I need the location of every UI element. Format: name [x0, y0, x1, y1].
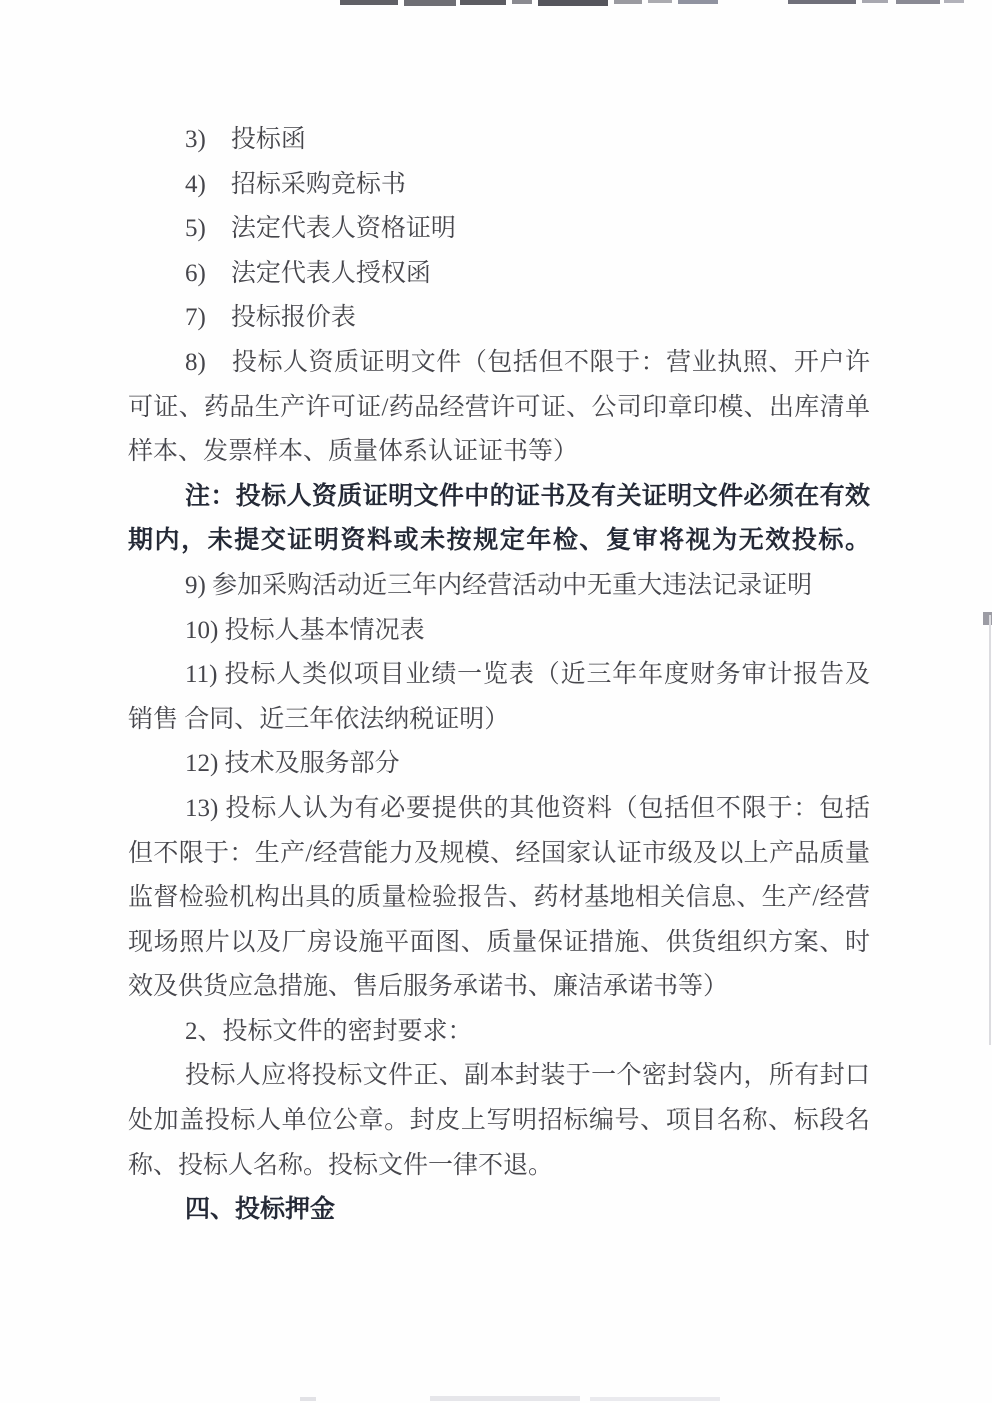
list-item-7: 7) 投标报价表 — [128, 296, 870, 341]
scan-artifact-top — [678, 0, 718, 4]
list-item-13: 13) 投标人认为有必要提供的其他资料（包括但不限于：包括 — [128, 787, 870, 832]
sealing-paragraph-line-3: 称、投标人名称。投标文件一律不退。 — [128, 1144, 870, 1189]
list-item-8-cont-1: 可证、药品生产许可证/药品经营许可证、公司印章印模、出库清单 — [128, 386, 870, 431]
list-item-8: 8) 投标人资质证明文件（包括但不限于：营业执照、开户许 — [128, 341, 870, 386]
sealing-paragraph-line-1: 投标人应将投标文件正、副本封装于一个密封袋内，所有封口 — [128, 1054, 870, 1099]
scan-artifact-top — [340, 0, 398, 5]
scan-artifact-top — [944, 0, 964, 3]
scan-artifact-bottom — [430, 1396, 580, 1401]
scan-artifact-bottom — [590, 1397, 720, 1401]
scan-artifact-right-edge-line — [989, 615, 991, 1045]
sealing-requirement-heading: 2、投标文件的密封要求： — [128, 1010, 870, 1055]
list-item-13-cont-3: 现场照片以及厂房设施平面图、质量保证措施、供货组织方案、时 — [128, 921, 870, 966]
note-emphasis-line-2: 期内，未提交证明资料或未按规定年检、复审将视为无效投标。 — [128, 519, 870, 564]
list-item-8-cont-2: 样本、发票样本、质量体系认证证书等） — [128, 430, 870, 475]
scan-artifact-top — [460, 0, 506, 5]
scan-artifact-top — [648, 0, 672, 3]
list-item-13-cont-2: 监督检验机构出具的质量检验报告、药材基地相关信息、生产/经营 — [128, 876, 870, 921]
scan-artifact-top — [512, 0, 532, 4]
sealing-paragraph-line-2: 处加盖投标人单位公章。封皮上写明招标编号、项目名称、标段名 — [128, 1099, 870, 1144]
list-item-5: 5) 法定代表人资格证明 — [128, 207, 870, 252]
list-item-11: 11) 投标人类似项目业绩一览表（近三年年度财务审计报告及 — [128, 653, 870, 698]
list-item-12: 12) 技术及服务部分 — [128, 742, 870, 787]
scan-artifact-top — [896, 0, 940, 4]
document-body: 3) 投标函 4) 招标采购竞标书 5) 法定代表人资格证明 6) 法定代表人授… — [128, 118, 870, 1233]
section-heading-deposit: 四、投标押金 — [128, 1188, 870, 1233]
list-item-13-cont-4: 效及供货应急措施、售后服务承诺书、廉洁承诺书等） — [128, 965, 870, 1010]
list-item-4: 4) 招标采购竞标书 — [128, 163, 870, 208]
scan-artifact-top — [862, 0, 888, 3]
list-item-10: 10) 投标人基本情况表 — [128, 609, 870, 654]
list-item-13-cont-1: 但不限于：生产/经营能力及规模、经国家认证市级及以上产品质量 — [128, 832, 870, 877]
list-item-6: 6) 法定代表人授权函 — [128, 252, 870, 297]
list-item-9: 9) 参加采购活动近三年内经营活动中无重大违法记录证明 — [128, 564, 870, 609]
scan-artifact-bottom — [300, 1397, 316, 1401]
scan-artifact-top — [788, 0, 856, 4]
scan-artifact-top — [404, 0, 456, 6]
document-page: 3) 投标函 4) 招标采购竞标书 5) 法定代表人资格证明 6) 法定代表人授… — [0, 0, 992, 1403]
scan-artifact-top — [614, 0, 642, 4]
list-item-3: 3) 投标函 — [128, 118, 870, 163]
note-emphasis-line-1: 注：投标人资质证明文件中的证书及有关证明文件必须在有效 — [128, 475, 870, 520]
list-item-11-cont: 销售 合同、近三年依法纳税证明） — [128, 698, 870, 743]
scan-artifact-top — [538, 0, 608, 6]
